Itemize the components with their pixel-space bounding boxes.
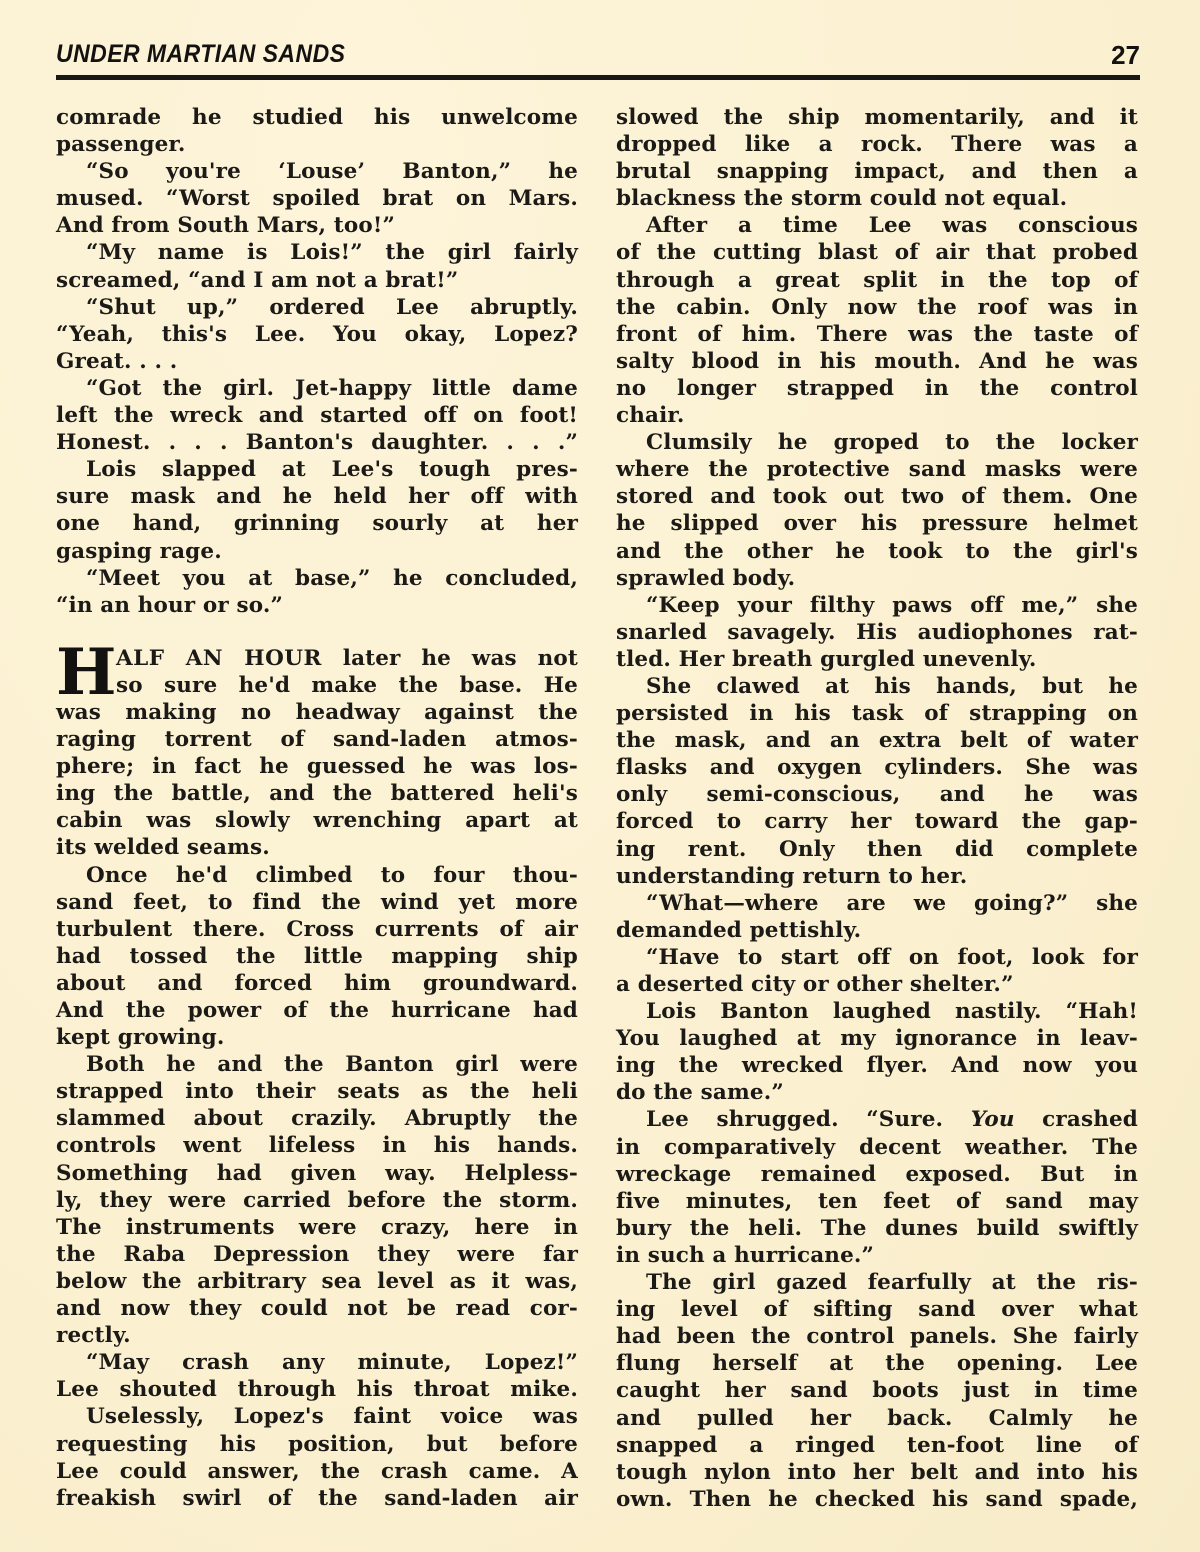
text-line: below the arbitrary sea level as it was, xyxy=(56,1268,578,1295)
left-column-text-before-break: comrade he studied his unwelcomepassenge… xyxy=(56,104,578,619)
text-line: “in an hour or so.” xyxy=(56,592,578,619)
text-line: She clawed at his hands, but he xyxy=(616,673,1138,700)
text-line: After a time Lee was conscious xyxy=(616,212,1138,239)
text-line: its welded seams. xyxy=(56,834,578,861)
text-line: Clumsily he groped to the locker xyxy=(616,429,1138,456)
text-line: bury the heli. The dunes build swiftly xyxy=(616,1215,1138,1242)
text-line: demanded pettishly. xyxy=(616,917,1138,944)
text-line: Lois Banton laughed nastily. “Hah! xyxy=(616,998,1138,1025)
text-line: stored and took out two of them. One xyxy=(616,483,1138,510)
text-line: ing level of sifting sand over what xyxy=(616,1296,1138,1323)
left-column-text-after-break: was making no headway against theraging … xyxy=(56,699,578,1512)
text-line: requesting his position, but before xyxy=(56,1431,578,1458)
text-line: Lee could answer, the crash came. A xyxy=(56,1458,578,1485)
text-line: Lee shouted through his throat mike. xyxy=(56,1376,578,1403)
text-line: “My name is Lois!” the girl fairly xyxy=(56,239,578,266)
text-line: “Meet you at base,” he concluded, xyxy=(56,565,578,592)
text-line: cabin was slowly wrenching apart at xyxy=(56,807,578,834)
text-line: sand feet, to find the wind yet more xyxy=(56,889,578,916)
text-line: was making no headway against the xyxy=(56,699,578,726)
text-line: tled. Her breath gurgled unevenly. xyxy=(616,646,1138,673)
text-line: raging torrent of sand-laden atmos- xyxy=(56,726,578,753)
section-break: H ALF AN HOUR later he was not so sure h… xyxy=(56,645,578,699)
text-line: one hand, grinning sourly at her xyxy=(56,510,578,537)
text-line: the mask, and an extra belt of water xyxy=(616,727,1138,754)
text-line: Lois slapped at Lee's tough pres- xyxy=(56,456,578,483)
right-column-text: slowed the ship momentarily, and itdropp… xyxy=(616,104,1138,1513)
text-line: “Yeah, this's Lee. You okay, Lopez? xyxy=(56,321,578,348)
text-line: Something had given way. Helpless- xyxy=(56,1160,578,1187)
header-rule xyxy=(56,75,1140,80)
text-line: snapped a ringed ten-foot line of xyxy=(616,1432,1138,1459)
text-line: sure mask and he held her off with xyxy=(56,483,578,510)
text-line: screamed, “and I am not a brat!” xyxy=(56,267,578,294)
left-column: comrade he studied his unwelcomepassenge… xyxy=(56,104,578,1512)
text-line: phere; in fact he guessed he was los- xyxy=(56,753,578,780)
right-column: slowed the ship momentarily, and itdropp… xyxy=(616,104,1138,1513)
text-line: forced to carry her toward the gap- xyxy=(616,808,1138,835)
text-line: controls went lifeless in his hands. xyxy=(56,1132,578,1159)
text-line: about and forced him groundward. xyxy=(56,970,578,997)
text-line: salty blood in his mouth. And he was xyxy=(616,348,1138,375)
text-line: strapped into their seats as the heli xyxy=(56,1078,578,1105)
text-line: do the same.” xyxy=(616,1079,1138,1106)
text-line: ing the battle, and the battered heli's xyxy=(56,780,578,807)
section-first-line: ALF AN HOUR later he was not xyxy=(56,645,578,672)
text-line: You laughed at my ignorance in leav- xyxy=(616,1025,1138,1052)
text-line: “Keep your filthy paws off me,” she xyxy=(616,592,1138,619)
text-line: only semi-conscious, and he was xyxy=(616,781,1138,808)
text-line: of the cutting blast of air that probed xyxy=(616,239,1138,266)
text-line: and the other he took to the girl's xyxy=(616,538,1138,565)
text-line: had tossed the little mapping ship xyxy=(56,943,578,970)
text-line: “May crash any minute, Lopez!” xyxy=(56,1349,578,1376)
text-line: comrade he studied his unwelcome xyxy=(56,104,578,131)
page-number: 27 xyxy=(1111,40,1140,71)
text-line: ly, they were carried before the storm. xyxy=(56,1187,578,1214)
text-line: a deserted city or other shelter.” xyxy=(616,971,1138,998)
page-header: UNDER MARTIAN SANDS 27 xyxy=(56,40,1140,80)
text-line: ing the wrecked flyer. And now you xyxy=(616,1052,1138,1079)
text-line: “Got the girl. Jet-happy little dame xyxy=(56,375,578,402)
text-line: he slipped over his pressure helmet xyxy=(616,510,1138,537)
text-line: wreckage remained exposed. But in xyxy=(616,1161,1138,1188)
text-line: “Have to start off on foot, look for xyxy=(616,944,1138,971)
text-line: dropped like a rock. There was a xyxy=(616,131,1138,158)
text-line: kept growing. xyxy=(56,1024,578,1051)
text-line: the Raba Depression they were far xyxy=(56,1241,578,1268)
text-line: in such a hurricane.” xyxy=(616,1242,1138,1269)
text-line: blackness the storm could not equal. xyxy=(616,185,1138,212)
text-line: Both he and the Banton girl were xyxy=(56,1051,578,1078)
drop-cap: H xyxy=(56,648,116,698)
text-line: left the wreck and started off on foot! xyxy=(56,402,578,429)
text-line: And the power of the hurricane had xyxy=(56,997,578,1024)
text-line: The instruments were crazy, here in xyxy=(56,1214,578,1241)
text-line: snarled savagely. His audiophones rat- xyxy=(616,619,1138,646)
text-line: where the protective sand masks were xyxy=(616,456,1138,483)
text-line: mused. “Worst spoiled brat on Mars. xyxy=(56,185,578,212)
text-line: in comparatively decent weather. The xyxy=(616,1134,1138,1161)
text-line: flasks and oxygen cylinders. She was xyxy=(616,754,1138,781)
text-line: persisted in his task of strapping on xyxy=(616,700,1138,727)
text-line: front of him. There was the taste of xyxy=(616,321,1138,348)
text-line: brutal snapping impact, and then a xyxy=(616,158,1138,185)
text-line: freakish swirl of the sand-laden air xyxy=(56,1485,578,1512)
text-line: “What—where are we going?” she xyxy=(616,890,1138,917)
text-line: slowed the ship momentarily, and it xyxy=(616,104,1138,131)
running-title: UNDER MARTIAN SANDS xyxy=(56,40,345,69)
text-line: Once he'd climbed to four thou- xyxy=(56,862,578,889)
text-line: Uselessly, Lopez's faint voice was xyxy=(56,1403,578,1430)
text-line: own. Then he checked his sand spade, xyxy=(616,1486,1138,1513)
section-second-line: so sure he'd make the base. He xyxy=(56,672,578,699)
text-line: tough nylon into her belt and into his xyxy=(616,1459,1138,1486)
text-line: rectly. xyxy=(56,1322,578,1349)
text-line: and now they could not be read cor- xyxy=(56,1295,578,1322)
text-line: passenger. xyxy=(56,131,578,158)
text-line: ing rent. Only then did complete xyxy=(616,836,1138,863)
text-line: Lee shrugged. “Sure. You crashed xyxy=(616,1106,1138,1133)
text-line: and pulled her back. Calmly he xyxy=(616,1405,1138,1432)
text-line: chair. xyxy=(616,402,1138,429)
text-line: caught her sand boots just in time xyxy=(616,1377,1138,1404)
text-line: gasping rage. xyxy=(56,538,578,565)
text-line: slammed about crazily. Abruptly the xyxy=(56,1105,578,1132)
text-line: “Shut up,” ordered Lee abruptly. xyxy=(56,294,578,321)
text-line: sprawled body. xyxy=(616,565,1138,592)
text-line: five minutes, ten feet of sand may xyxy=(616,1188,1138,1215)
text-line: Great. . . . xyxy=(56,348,578,375)
text-line: had been the control panels. She fairly xyxy=(616,1323,1138,1350)
text-line: understanding return to her. xyxy=(616,863,1138,890)
text-line: through a great split in the top of xyxy=(616,267,1138,294)
text-line: flung herself at the opening. Lee xyxy=(616,1350,1138,1377)
text-line: “So you're ‘Louse’ Banton,” he xyxy=(56,158,578,185)
text-line: turbulent there. Cross currents of air xyxy=(56,916,578,943)
text-line: And from South Mars, too!” xyxy=(56,212,578,239)
text-line: The girl gazed fearfully at the ris- xyxy=(616,1269,1138,1296)
section-lead-in: ALF AN HOUR xyxy=(116,646,322,671)
text-line: no longer strapped in the control xyxy=(616,375,1138,402)
text-line: Honest. . . . Banton's daughter. . . .” xyxy=(56,429,578,456)
section-first-line-rest: later he was not xyxy=(322,646,578,671)
magazine-page: UNDER MARTIAN SANDS 27 comrade he studie… xyxy=(0,0,1200,1552)
text-line: the cabin. Only now the roof was in xyxy=(616,294,1138,321)
